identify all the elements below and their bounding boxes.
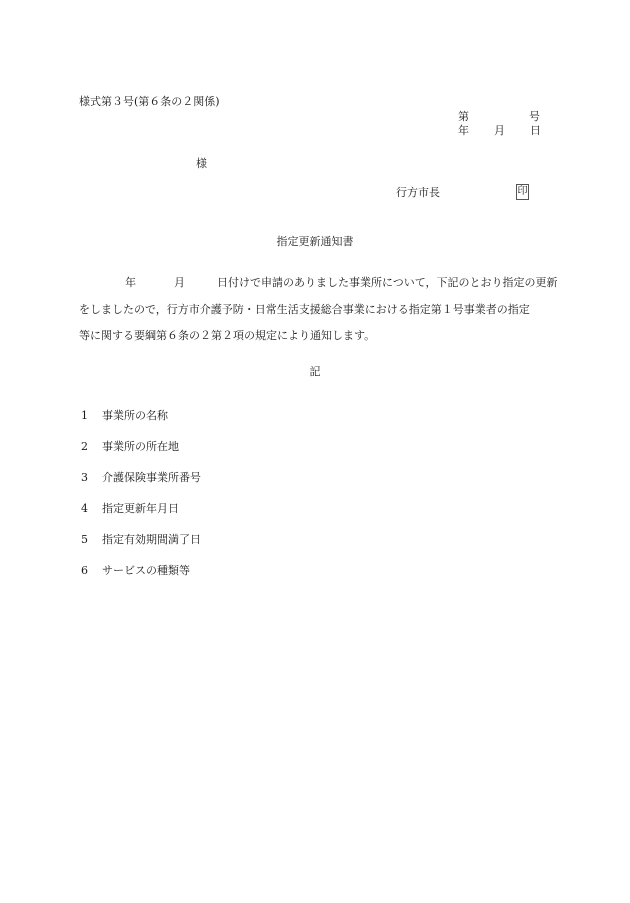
item-label: サービスの種類等 [102, 565, 190, 576]
number-suffix: 号 [529, 111, 540, 122]
list-item: 6サービスの種類等 [81, 565, 201, 596]
item-number: 6 [81, 565, 102, 576]
item-label: 指定有効期間満了日 [102, 534, 201, 545]
item-number: 2 [81, 441, 102, 452]
body-paragraph: 年月日付けで申請のありました事業所について，下記のとおり指定の更新 をしましたの… [79, 270, 549, 350]
body-line-1-text: 日付けで申請のありました事業所について，下記のとおり指定の更新 [217, 276, 558, 289]
ki-heading: 記 [0, 366, 630, 377]
issuer-name: 行方市長 [396, 187, 440, 198]
document-title: 指定更新通知書 [0, 236, 630, 247]
body-month-label: 月 [174, 276, 185, 289]
list-item: 5指定有効期間満了日 [81, 534, 201, 565]
body-year-label: 年 [125, 276, 136, 289]
list-item: 1事業所の名称 [81, 410, 201, 441]
list-item: 4指定更新年月日 [81, 503, 201, 534]
addressee-honorific: 様 [196, 158, 207, 169]
date-day-label: 日 [530, 125, 541, 136]
body-line-1: 年月日付けで申請のありました事業所について，下記のとおり指定の更新 [79, 270, 549, 297]
item-label: 介護保険事業所番号 [102, 472, 201, 483]
item-list: 1事業所の名称 2事業所の所在地 3介護保険事業所番号 4指定更新年月日 5指定… [81, 410, 201, 596]
item-label: 事業所の所在地 [102, 441, 179, 452]
item-number: 1 [81, 410, 102, 421]
date-month-label: 月 [494, 125, 530, 136]
body-line-2: をしましたので，行方市介護予防・日常生活支援総合事業における指定第１号事業者の指… [79, 297, 549, 324]
issue-date-line: 年月日 [458, 125, 541, 136]
list-item: 3介護保険事業所番号 [81, 472, 201, 503]
number-prefix: 第 [458, 110, 469, 123]
item-label: 指定更新年月日 [102, 503, 179, 514]
form-number: 様式第３号(第６条の２関係) [79, 96, 220, 107]
item-number: 5 [81, 534, 102, 545]
item-number: 4 [81, 503, 102, 514]
seal-icon: 印 [516, 184, 529, 200]
date-year-label: 年 [458, 125, 494, 136]
item-label: 事業所の名称 [102, 410, 168, 421]
item-number: 3 [81, 472, 102, 483]
document-number-line: 第 号 [458, 111, 540, 122]
body-line-3: 等に関する要綱第６条の２第２項の規定により通知します。 [79, 323, 549, 350]
list-item: 2事業所の所在地 [81, 441, 201, 472]
